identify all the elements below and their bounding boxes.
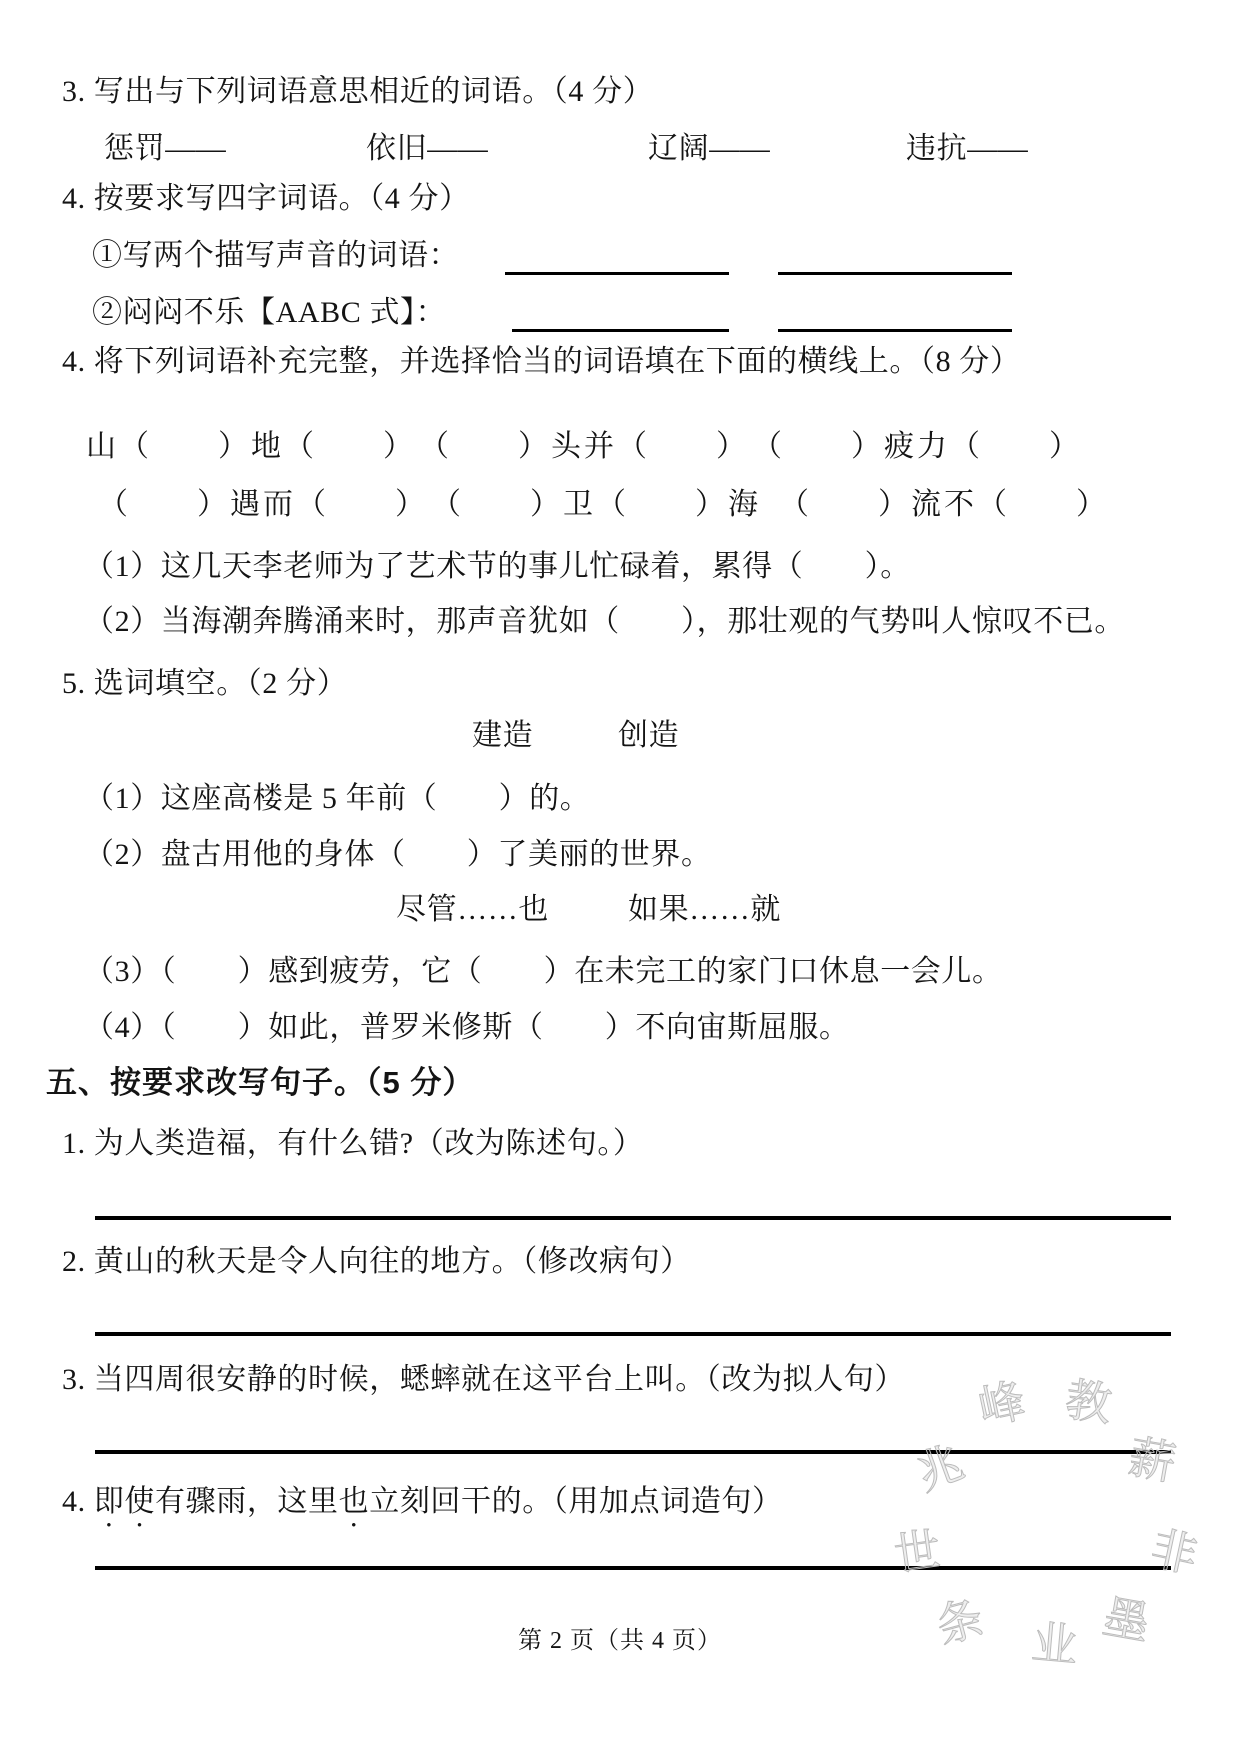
q5-option-jianzao: 建造 xyxy=(472,718,533,754)
q3-title: 3. 写出与下列词语意思相近的词语。（4 分） xyxy=(62,74,653,110)
q5-option-jinguan-ye: 尽管……也 xyxy=(396,892,549,928)
q4b-idiom-row-1: 山（ ）地（ ） （ ）头并（ ） （ ）疲力（ ） xyxy=(86,429,1082,465)
q4a-sub1-blank-1 xyxy=(505,272,729,275)
q3-word-chengfa: 惩罚—— xyxy=(104,131,226,167)
q4a-sub2: ②闷闷不乐【AABC 式】： xyxy=(92,295,446,331)
section5-q4-dotted-word-ye: 也 xyxy=(339,1485,370,1518)
section5-q4-number: 4. xyxy=(62,1485,94,1518)
answer-line-4 xyxy=(95,1566,1171,1570)
section5-q4-dotted-word-jishi: 即使 xyxy=(94,1485,155,1518)
q4a-sub1-blank-2 xyxy=(778,272,1012,275)
section5-q2: 2. 黄山的秋天是令人向往的地方。（修改病句） xyxy=(62,1244,691,1280)
q4b-sentence-2: （2）当海潮奔腾涌来时，那声音犹如（ ），那壮观的气势叫人惊叹不已。 xyxy=(84,604,1125,640)
section5-q3: 3. 当四周很安静的时候，蟋蟀就在这平台上叫。（改为拟人句） xyxy=(62,1362,905,1398)
section5-q4-middle: 有骤雨，这里 xyxy=(155,1485,339,1518)
section5-q1: 1. 为人类造福，有什么错?（改为陈述句。） xyxy=(62,1126,644,1162)
exam-paper-page: 3. 写出与下列词语意思相近的词语。（4 分） 惩罚—— 依旧—— 辽阔—— 违… xyxy=(0,0,1240,1754)
q5-sentence-4: （4）（ ）如此，普罗米修斯（ ）不向宙斯屈服。 xyxy=(84,1010,850,1046)
watermark-glyph-2: 教 xyxy=(1062,1363,1117,1435)
q5-option-ruguo-jiu: 如果……就 xyxy=(628,892,781,928)
q5-sentence-2: （2）盘古用他的身体（ ）了美丽的世界。 xyxy=(84,837,712,873)
watermark-glyph-4: 薪 xyxy=(1125,1421,1182,1494)
q5-sentence-1: （1）这座高楼是 5 年前（ ）的。 xyxy=(84,781,590,817)
answer-line-2 xyxy=(95,1332,1171,1336)
watermark-glyph-1: 峰 xyxy=(972,1364,1031,1438)
watermark-glyph-6: 非 xyxy=(1146,1512,1205,1586)
q4a-sub1: ①写两个描写声音的词语： xyxy=(92,238,459,274)
page-number-footer: 第 2 页（共 4 页） xyxy=(0,1620,1240,1655)
q5-option-chuangzao: 创造 xyxy=(618,718,679,754)
q3-word-weikang: 违抗—— xyxy=(906,131,1028,167)
q5-title: 5. 选词填空。（2 分） xyxy=(62,666,347,702)
q5-sentence-3: （3）（ ）感到疲劳，它（ ）在未完工的家门口休息一会儿。 xyxy=(84,954,1003,990)
q4a-sub2-blank-2 xyxy=(778,329,1012,332)
section5-title: 五、按要求改写句子。（5 分） xyxy=(46,1064,474,1101)
q3-word-yijiu: 依旧—— xyxy=(366,131,488,167)
q4b-sentence-1: （1）这几天李老师为了艺术节的事儿忙碌着，累得（ ）。 xyxy=(84,549,911,585)
q3-word-liaokuo: 辽阔—— xyxy=(648,131,770,167)
watermark-glyph-3: 兆 xyxy=(906,1426,972,1504)
watermark-glyph-5: 世 xyxy=(890,1513,945,1585)
q4a-sub2-blank-1 xyxy=(512,329,729,332)
answer-line-3 xyxy=(95,1450,1171,1454)
answer-line-1 xyxy=(95,1216,1171,1220)
section5-q4: 4. 即使有骤雨，这里也立刻回干的。（用加点词造句） xyxy=(62,1484,783,1534)
q4b-title: 4. 将下列词语补充完整，并选择恰当的词语填在下面的横线上。（8 分） xyxy=(62,344,1021,380)
q4a-title: 4. 按要求写四字词语。（4 分） xyxy=(62,181,470,217)
q4b-idiom-row-2: （ ）遇而（ ） （ ）卫（ ）海 （ ）流不（ ） xyxy=(98,487,1109,523)
section5-q4-rest: 立刻回干的。（用加点词造句） xyxy=(369,1485,782,1518)
